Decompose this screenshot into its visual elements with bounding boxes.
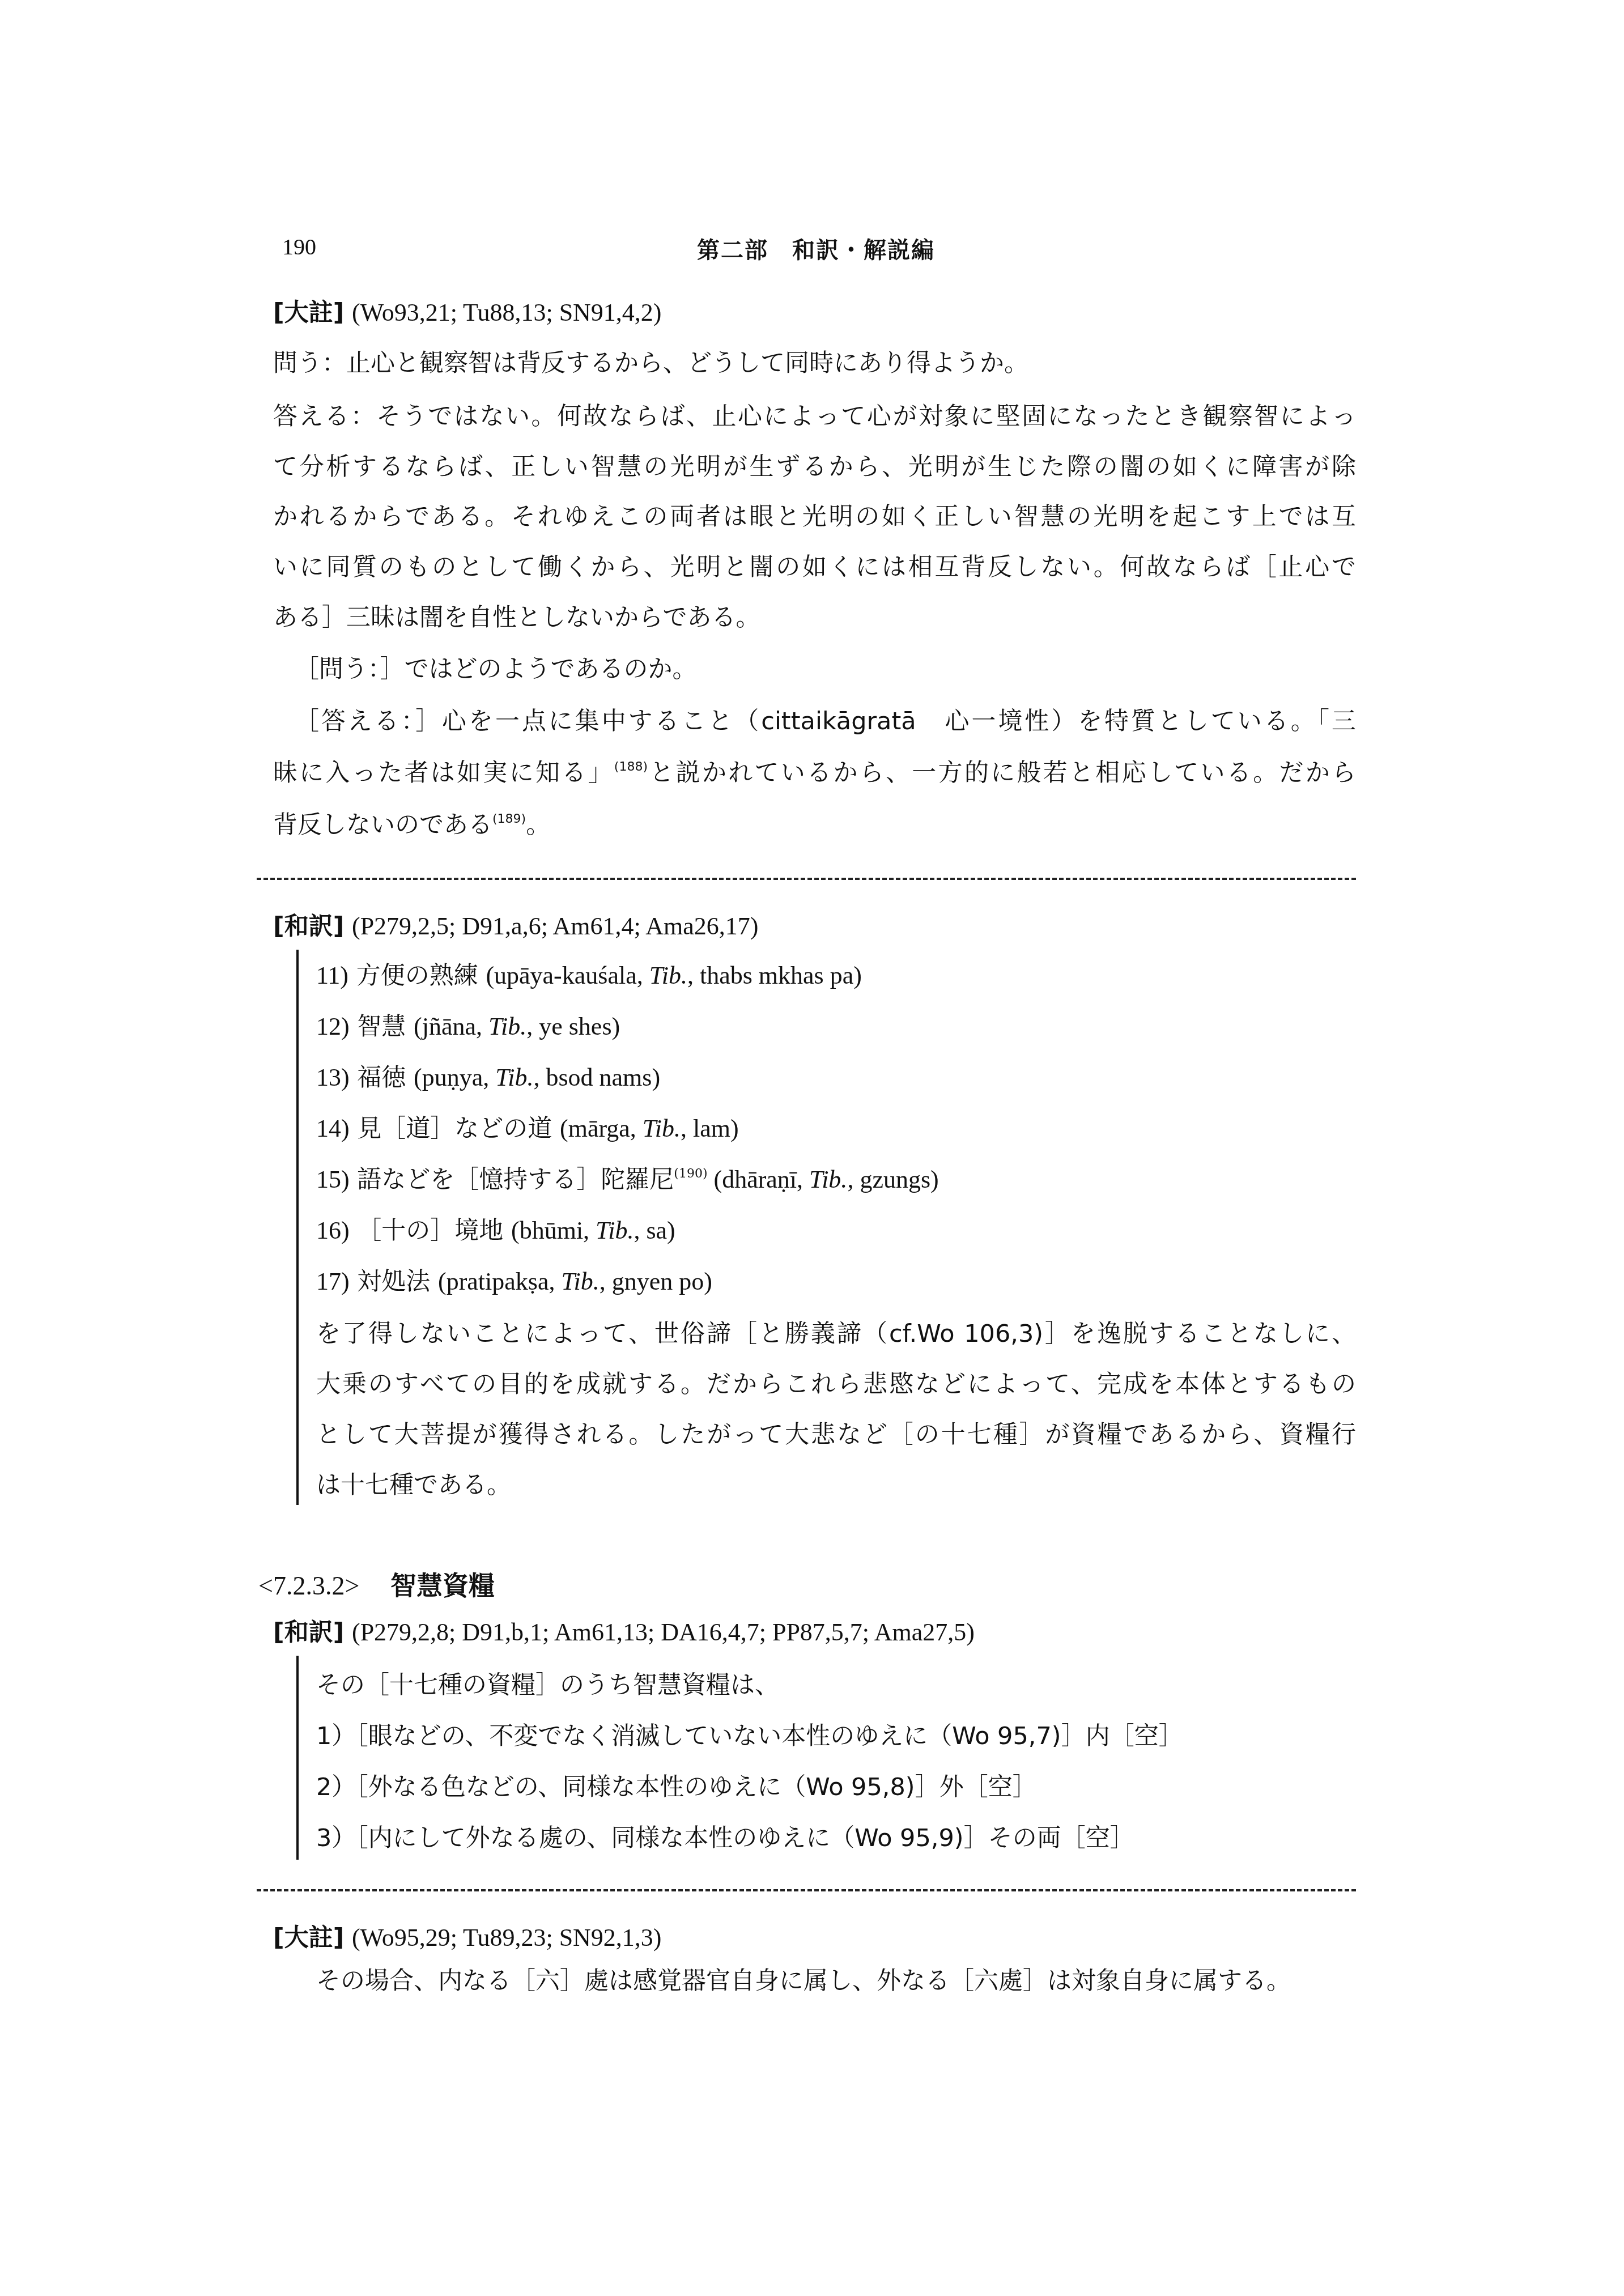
quote-bar-1	[296, 950, 299, 1505]
block2-body-line-4: は十七種である。	[316, 1469, 1356, 1501]
item-number: 11)	[316, 962, 348, 989]
block4-citation: [大註] (Wo95,29; Tu89,23; SN92,1,3)	[273, 1922, 1356, 1954]
block1-line-3: て分析するならば、正しい智慧の光明が生ずるから、光明が生じた際の闇の如くに障害が…	[273, 451, 1356, 483]
item-sanskrit: (jñāna,	[414, 1013, 488, 1040]
item-term: 福徳	[357, 1064, 406, 1092]
block4-label: [大註]	[273, 1924, 344, 1952]
block3-refs: (P279,2,8; D91,b,1; Am61,13; DA16,4,7; P…	[352, 1618, 975, 1646]
block3-line-4: 3）［内にして外なる處の、同様な本性のゆえに（Wo 95,9)］その両［空］	[316, 1822, 1356, 1854]
block2-refs: (P279,2,5; D91,a,6; Am61,4; Ama26,17)	[352, 912, 758, 940]
item-tibetan: , bsod nams)	[533, 1064, 660, 1091]
item-number: 15)	[316, 1166, 350, 1193]
block2-body-line-2: 大乗のすべての目的を成就する。だからこれら悲愍などによって、完成を本体とするもの	[316, 1368, 1356, 1400]
item-tibetan: , sa)	[634, 1217, 675, 1244]
item-number: 17)	[316, 1268, 350, 1295]
section-number: <7.2.3.2>	[258, 1571, 359, 1600]
item-tib-label: Tib.	[649, 962, 687, 989]
answer-text-d: 。	[526, 811, 550, 839]
item-term: 見［道］などの道	[357, 1115, 552, 1143]
item-sanskrit: (puṇya,	[414, 1064, 495, 1091]
block1-answer-line-1: ［答える：］心を一点に集中すること（cittaikāgratā 心一境性）を特質…	[295, 705, 1356, 737]
block1-label: [大註]	[273, 299, 344, 327]
item-term: 語などを［憶持する］陀羅尼	[357, 1166, 674, 1194]
footnote-ref-190[interactable]: (190)	[674, 1167, 707, 1181]
item-number: 12)	[316, 1013, 350, 1040]
block2-body-line-1: を了得しないことによって、世俗諦［と勝義諦（cf.Wo 106,3)］を逸脱する…	[316, 1318, 1356, 1350]
item-tib-label: Tib.	[561, 1268, 599, 1295]
section-heading: <7.2.3.2> 智慧資糧	[258, 1565, 495, 1602]
item-tib-label: Tib.	[596, 1217, 634, 1244]
block3-line-2: 1）［眼などの、不変でなく消滅していない本性のゆえに（Wo 95,7)］内［空］	[316, 1720, 1356, 1752]
list-item-17: 17) 対処法 (pratipakṣa, Tib., gnyen po)	[316, 1266, 1356, 1298]
block4-line-1: その場合、内なる［六］處は感覚器官自身に属し、外なる［六處］は対象自身に属する。	[316, 1965, 1356, 1997]
block3-citation: [和訳] (P279,2,8; D91,b,1; Am61,13; DA16,4…	[273, 1617, 1356, 1648]
answer-text-b: と説かれているから、一方的に般若と相応している。だから	[648, 759, 1356, 787]
running-title: 第二部 和訳・解説編	[697, 232, 935, 265]
item-tib-label: Tib.	[488, 1013, 526, 1040]
list-item-13: 13) 福徳 (puṇya, Tib., bsod nams)	[316, 1062, 1356, 1094]
item-tibetan: , gzungs)	[847, 1166, 938, 1193]
footnote-ref-189[interactable]: (189)	[492, 812, 526, 826]
list-item-16: 16) ［十の］境地 (bhūmi, Tib., sa)	[316, 1215, 1356, 1247]
block1-line-5: いに同質のものとして働くから、光明と闇の如くには相互背反しない。何故ならば［止心…	[273, 551, 1356, 583]
item-term: 対処法	[357, 1268, 430, 1296]
list-item-15: 15) 語などを［憶持する］陀羅尼(190) (dhāraṇī, Tib., g…	[316, 1164, 1356, 1196]
item-tib-label: Tib.	[495, 1064, 533, 1091]
item-term: 方便の熟練	[356, 962, 478, 990]
answer-text-a: 昧に入った者は如実に知る」	[273, 759, 614, 787]
block4-refs: (Wo95,29; Tu89,23; SN92,1,3)	[352, 1924, 662, 1951]
item-sanskrit: (mārga,	[560, 1115, 643, 1142]
section-title: 智慧資糧	[390, 1570, 495, 1601]
block1-citation: [大註] (Wo93,21; Tu88,13; SN91,4,2)	[273, 297, 1356, 329]
item-tib-label: Tib.	[643, 1115, 681, 1142]
block1-question: ［問う：］ではどのようであるのか。	[295, 653, 1356, 685]
item-tibetan: , thabs mkhas pa)	[687, 962, 862, 989]
list-item-11: 11) 方便の熟練 (upāya-kauśala, Tib., thabs mk…	[316, 960, 1356, 992]
block1-line-6: ある］三昧は闇を自性としないからである。	[273, 602, 1356, 633]
block2-label: [和訳]	[273, 912, 344, 941]
block1-line-1: 問う：止心と観察智は背反するから、どうして同時にあり得ようか。	[273, 347, 1356, 379]
answer-text-c: 背反しないのである	[273, 811, 492, 839]
item-sanskrit: (upāya-kauśala,	[486, 962, 649, 989]
item-sanskrit: (pratipakṣa,	[438, 1268, 561, 1295]
item-tibetan: , lam)	[681, 1115, 739, 1142]
block1-line-4: かれるからである。それゆえこの両者は眼と光明の如く正しい智慧の光明を起こす上では…	[273, 501, 1356, 533]
item-term: ［十の］境地	[357, 1217, 503, 1245]
block1-answer-line-2: 昧に入った者は如実に知る」(188)と説かれているから、一方的に般若と相応してい…	[273, 757, 1356, 789]
quote-bar-2	[296, 1656, 299, 1860]
item-sanskrit: (dhāraṇī,	[708, 1166, 810, 1193]
block3-line-3: 2）［外なる色などの、同様な本性のゆえに（Wo 95,8)］外［空］	[316, 1771, 1356, 1803]
block3-label: [和訳]	[273, 1618, 344, 1647]
page-number: 190	[282, 233, 316, 260]
item-number: 16)	[316, 1217, 350, 1244]
item-sanskrit: (bhūmi,	[511, 1217, 596, 1244]
list-item-12: 12) 智慧 (jñāna, Tib., ye shes)	[316, 1011, 1356, 1043]
item-tibetan: , ye shes)	[526, 1013, 620, 1040]
block1-answer-line-3: 背反しないのである(189)。	[273, 809, 1356, 841]
item-tib-label: Tib.	[809, 1166, 847, 1193]
item-term: 智慧	[357, 1013, 406, 1041]
footnote-ref-188[interactable]: (188)	[614, 760, 648, 774]
block1-refs: (Wo93,21; Tu88,13; SN91,4,2)	[352, 299, 662, 326]
block1-line-2: 答える：そうではない。何故ならば、止心によって心が対象に堅固になったとき観察智に…	[273, 401, 1356, 432]
block2-body-line-3: として大菩提が獲得される。したがって大悲など［の十七種］が資糧であるから、資糧行	[316, 1419, 1356, 1451]
dashed-divider-2	[257, 1889, 1356, 1891]
dashed-divider-1	[257, 878, 1356, 880]
list-item-14: 14) 見［道］などの道 (mārga, Tib., lam)	[316, 1113, 1356, 1145]
block3-line-1: その［十七種の資糧］のうち智慧資糧は、	[316, 1669, 1356, 1701]
block2-citation: [和訳] (P279,2,5; D91,a,6; Am61,4; Ama26,1…	[273, 911, 1356, 942]
item-tibetan: , gnyen po)	[600, 1268, 712, 1295]
item-number: 13)	[316, 1064, 350, 1091]
item-number: 14)	[316, 1115, 350, 1142]
